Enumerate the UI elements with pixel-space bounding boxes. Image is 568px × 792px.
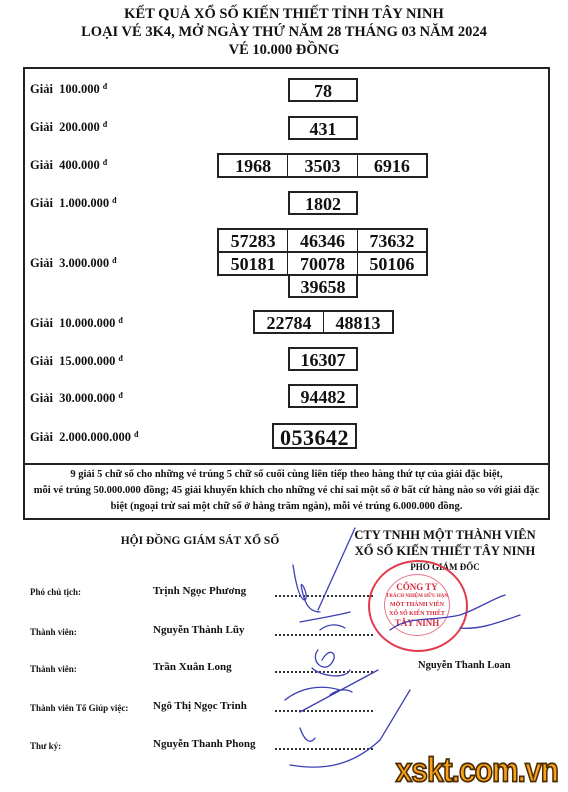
prize-15m-numbers: 16307 — [288, 347, 358, 371]
number: 94482 — [290, 386, 356, 406]
prize-400k-numbers: 1968 3503 6916 — [217, 153, 428, 178]
number: 73632 — [357, 230, 426, 251]
number: 50181 — [219, 253, 287, 274]
prize-3m-numbers-row-2: 50181 70078 50106 — [217, 251, 428, 276]
note-line-3: biệt (ngoại trừ sai một chữ số ở hàng tr… — [25, 499, 548, 515]
prize-label-200k: Giải 200.000đ — [30, 120, 107, 135]
prize-200k-numbers: 431 — [288, 116, 358, 140]
divider — [23, 463, 550, 465]
note-line-2: mỗi vé trúng 50.000.000 đồng; 45 giải kh… — [25, 483, 548, 499]
prize-label-30m: Giải 30.000.000đ — [30, 391, 123, 406]
number: 70078 — [287, 253, 356, 274]
prize-3m-numbers-row-1: 57283 46346 73632 — [217, 228, 428, 253]
stamp-line: TRÁCH NHIỆM HỮU HẠN — [385, 592, 449, 601]
signature-line — [275, 747, 373, 750]
member-name: Nguyễn Thanh Phong — [153, 738, 256, 750]
title-line-3: VÉ 10.000 ĐỒNG — [0, 42, 568, 59]
prize-100k-numbers: 78 — [288, 78, 358, 102]
number: 431 — [290, 118, 356, 138]
prize-30m-numbers: 94482 — [288, 384, 358, 408]
member-name: Nguyễn Thành Lũy — [153, 624, 245, 636]
number: 6916 — [357, 155, 426, 176]
number: 1802 — [290, 193, 356, 213]
member-role: Thành viên Tổ Giúp việc: — [30, 703, 128, 713]
number: 50106 — [357, 253, 426, 274]
number: 16307 — [290, 349, 356, 369]
number: 48813 — [323, 312, 392, 332]
site-watermark: xskt.com.vn — [396, 751, 558, 790]
member-role: Thư ký: — [30, 741, 61, 751]
number: 053642 — [274, 425, 355, 447]
number: 78 — [290, 80, 356, 100]
number: 3503 — [287, 155, 356, 176]
number: 1968 — [219, 155, 287, 176]
member-role: Thành viên: — [30, 664, 77, 674]
member-name: Trần Xuân Long — [153, 661, 232, 673]
title-line-1: KẾT QUẢ XỔ SỐ KIẾN THIẾT TỈNH TÂY NINH — [0, 6, 568, 23]
prize-1m-numbers: 1802 — [288, 191, 358, 215]
council-title: HỘI ĐỒNG GIÁM SÁT XỔ SỐ — [110, 535, 290, 547]
prize-label-1m: Giải 1.000.000đ — [30, 196, 117, 211]
special-prize-number: 053642 — [272, 423, 357, 449]
signature-line — [275, 594, 373, 597]
number: 22784 — [255, 312, 323, 332]
member-name: Ngô Thị Ngọc Trinh — [153, 700, 247, 712]
number: 57283 — [219, 230, 287, 251]
prize-label-100k: Giải 100.000đ — [30, 82, 107, 97]
prize-label-3m: Giải 3.000.000đ — [30, 256, 117, 271]
member-name: Trịnh Ngọc Phương — [153, 585, 246, 597]
number: 39658 — [290, 276, 356, 296]
company-seal-icon: CÔNG TY TRÁCH NHIỆM HỮU HẠN MỘT THÀNH VI… — [368, 560, 468, 652]
prize-label-special: Giải 2.000.000.000đ — [30, 430, 139, 445]
member-role: Phó chủ tịch: — [30, 587, 81, 597]
title-line-2: LOẠI VÉ 3K4, MỞ NGÀY THỨ NĂM 28 THÁNG 03… — [0, 24, 568, 41]
note-line-1: 9 giải 5 chữ số cho những vé trúng 5 chữ… — [25, 467, 548, 483]
signature-line — [275, 670, 373, 673]
representative-name: Nguyễn Thanh Loan — [418, 660, 511, 671]
signature-line — [275, 633, 373, 636]
member-role: Thành viên: — [30, 627, 77, 637]
company-line-1: CTY TNHH MỘT THÀNH VIÊN — [340, 527, 550, 543]
consolation-note: 9 giải 5 chữ số cho những vé trúng 5 chữ… — [25, 467, 548, 515]
prize-label-15m: Giải 15.000.000đ — [30, 354, 123, 369]
number: 46346 — [287, 230, 356, 251]
prize-label-400k: Giải 400.000đ — [30, 158, 107, 173]
prize-label-10m: Giải 10.000.000đ — [30, 316, 123, 331]
stamp-line: MỘT THÀNH VIÊN — [385, 601, 449, 610]
stamp-line: CÔNG TY — [385, 583, 449, 592]
prize-10m-numbers: 22784 48813 — [253, 310, 394, 334]
stamp-line: TÂY NINH — [385, 619, 449, 628]
company-line-2: XỔ SỐ KIẾN THIẾT TÂY NINH — [340, 543, 550, 559]
signature-line — [275, 709, 373, 712]
prize-3m-numbers-row-3: 39658 — [288, 274, 358, 298]
